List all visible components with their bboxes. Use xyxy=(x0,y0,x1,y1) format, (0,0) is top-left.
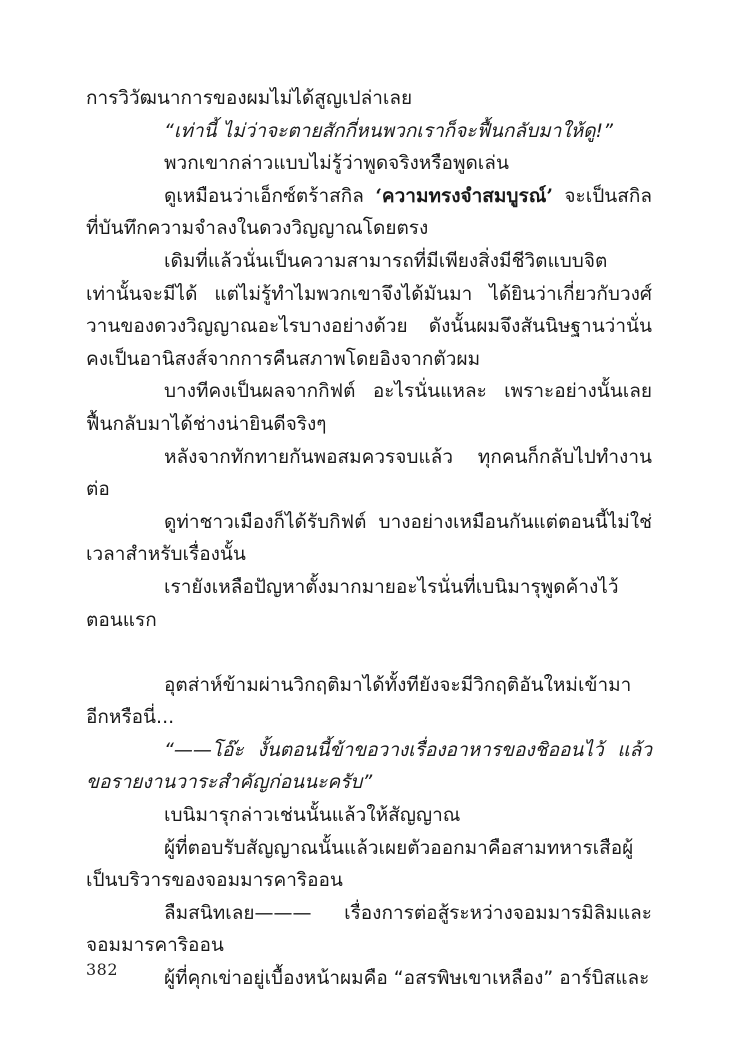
text-run: ดูเหมือนว่าเอ็กซ์ตร้าสกิล xyxy=(164,185,375,207)
paragraph: อุตส่าห์ข้ามผ่านวิกฤติมาได้ทั้งทียังจะมี… xyxy=(86,669,652,734)
paragraph: เดิมที่แล้วนั่นเป็นความสามารถที่มีเพียงส… xyxy=(86,245,652,375)
paragraph: เบนิมารุกล่าวเช่นนั้นแล้วให้สัญญาณ xyxy=(86,799,652,832)
section-break xyxy=(86,636,652,669)
paragraph: ดูท่าชาวเมืองก็ได้รับกิฟต์ บางอย่างเหมือ… xyxy=(86,506,652,571)
paragraph: การวิวัฒนาการของผมไม่ได้สูญเปล่าเลย xyxy=(86,82,652,115)
skill-name-bold: ‘ความทรงจำสมบูรณ์’ xyxy=(375,185,553,207)
dialogue-paragraph: “เท่านี้ ไม่ว่าจะตายสักกี่หนพวกเราก็จะฟื… xyxy=(86,115,652,148)
paragraph: ผู้ที่คุกเข่าอยู่เบื้องหน้าผมคือ “อสรพิษ… xyxy=(86,962,652,995)
paragraph: ลืมสนิทเลย——— เรื่องการต่อสู้ระหว่างจอมม… xyxy=(86,897,652,962)
dialogue-paragraph: “——โอ๊ะ งั้นตอนนี้ข้าขอวางเรื่องอาหารของ… xyxy=(86,734,652,799)
paragraph: พวกเขากล่าวแบบไม่รู้ว่าพูดจริงหรือพูดเล่… xyxy=(86,147,652,180)
paragraph: หลังจากทักทายกันพอสมควรจบแล้ว ทุกคนก็กลั… xyxy=(86,441,652,506)
paragraph: ผู้ที่ตอบรับสัญญาณนั้นแล้วเผยตัวออกมาคือ… xyxy=(86,832,652,897)
paragraph: ดูเหมือนว่าเอ็กซ์ตร้าสกิล ‘ความทรงจำสมบู… xyxy=(86,180,652,245)
paragraph: เรายังเหลือปัญหาตั้งมากมายอะไรนั่นที่เบน… xyxy=(86,571,652,636)
paragraph: บางทีคงเป็นผลจากกิฟต์ อะไรนั่นแหละ เพราะ… xyxy=(86,375,652,440)
book-page-body: การวิวัฒนาการของผมไม่ได้สูญเปล่าเลย “เท่… xyxy=(86,82,652,995)
page-number: 382 xyxy=(86,960,118,979)
